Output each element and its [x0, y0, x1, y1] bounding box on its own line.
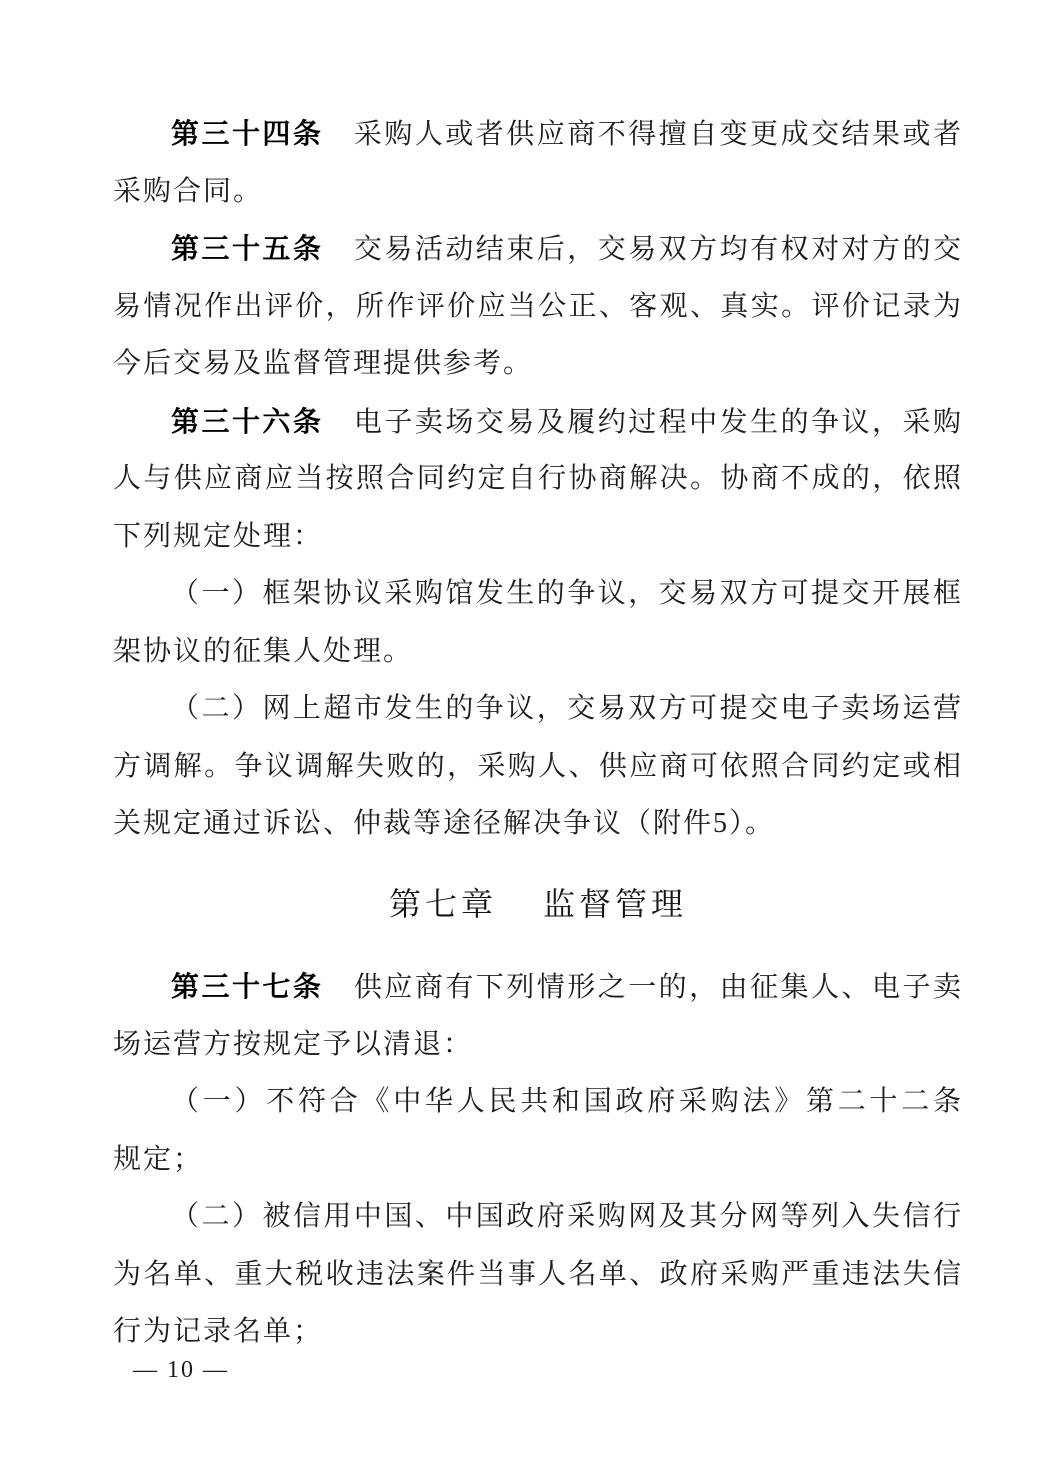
article-35-line: 第三十五条 交易活动结束后，交易双方均有权对对方的交 [113, 220, 963, 278]
article-34-line: 采购合同。 [113, 163, 963, 221]
article-number: 第三十七条 [171, 970, 323, 1003]
line-text: 下列规定处理： [113, 521, 323, 552]
article-37-item-2-line: （二）被信用中国、中国政府采购网及其分网等列入失信行 [113, 1188, 963, 1246]
chapter-label: 第七章 [389, 879, 497, 925]
line-text: 今后交易及监督管理提供参考。 [113, 348, 533, 379]
line-text: 规定； [113, 1144, 203, 1175]
line-text: 电子卖场交易及履约过程中发生的争议，采购 [323, 407, 963, 438]
article-36-item-1-line: （一）框架协议采购馆发生的争议，交易双方可提交开展框 [113, 565, 963, 623]
article-35-line: 易情况作出评价，所作评价应当公正、客观、真实。评价记录为 [113, 278, 963, 336]
article-37-item-1-line: （一）不符合《中华人民共和国政府采购法》第二十二条 [113, 1073, 963, 1131]
line-text: 人与供应商应当按照合同约定自行协商解决。协商不成的，依照 [113, 463, 963, 494]
article-36-item-2-line: 方调解。争议调解失败的，采购人、供应商可依照合同约定或相 [113, 738, 963, 796]
article-36-item-2-line: 关规定通过诉讼、仲裁等途径解决争议（附件5）。 [113, 795, 963, 853]
article-35-line: 今后交易及监督管理提供参考。 [113, 335, 963, 393]
line-text: 为名单、重大税收违法案件当事人名单、政府采购严重违法失信 [113, 1259, 963, 1290]
line-text: 交易活动结束后，交易双方均有权对对方的交 [323, 234, 963, 265]
article-36-item-2-line: （二）网上超市发生的争议，交易双方可提交电子卖场运营 [113, 680, 963, 738]
article-34-line: 第三十四条 采购人或者供应商不得擅自变更成交结果或者 [113, 105, 963, 163]
line-text: 采购合同。 [113, 176, 263, 207]
article-36-item-1-line: 架协议的征集人处理。 [113, 623, 963, 681]
article-number: 第三十四条 [171, 117, 323, 150]
article-37-item-1-line: 规定； [113, 1131, 963, 1189]
line-text: 供应商有下列情形之一的，由征集人、电子卖 [323, 972, 963, 1003]
line-text: 易情况作出评价，所作评价应当公正、客观、真实。评价记录为 [113, 291, 963, 322]
article-36-line: 人与供应商应当按照合同约定自行协商解决。协商不成的，依照 [113, 450, 963, 508]
line-text: （一）不符合《中华人民共和国政府采购法》第二十二条 [171, 1086, 963, 1117]
chapter-title: 监督管理 [543, 879, 687, 925]
line-text: 架协议的征集人处理。 [113, 636, 413, 667]
article-37-item-2-line: 为名单、重大税收违法案件当事人名单、政府采购严重违法失信 [113, 1246, 963, 1304]
document-page: 第三十四条 采购人或者供应商不得擅自变更成交结果或者 采购合同。 第三十五条 交… [0, 0, 1059, 1480]
line-text: 关规定通过诉讼、仲裁等途径解决争议（附件5）。 [113, 808, 775, 839]
document-body: 第三十四条 采购人或者供应商不得擅自变更成交结果或者 采购合同。 第三十五条 交… [113, 105, 963, 1361]
chapter-heading: 第七章 监督管理 [113, 874, 963, 932]
line-text: 场运营方按规定予以清退： [113, 1029, 473, 1060]
line-text: 采购人或者供应商不得擅自变更成交结果或者 [323, 119, 963, 150]
article-36-line: 第三十六条 电子卖场交易及履约过程中发生的争议，采购 [113, 393, 963, 451]
article-36-line: 下列规定处理： [113, 508, 963, 566]
line-text: （一）框架协议采购馆发生的争议，交易双方可提交开展框 [171, 578, 963, 609]
line-text: 方调解。争议调解失败的，采购人、供应商可依照合同约定或相 [113, 751, 963, 782]
article-37-line: 第三十七条 供应商有下列情形之一的，由征集人、电子卖 [113, 958, 963, 1016]
page-number: — 10 — [133, 1356, 229, 1385]
line-text: （二）被信用中国、中国政府采购网及其分网等列入失信行 [171, 1201, 963, 1232]
article-37-line: 场运营方按规定予以清退： [113, 1016, 963, 1074]
article-number: 第三十五条 [171, 232, 323, 265]
line-text: （二）网上超市发生的争议，交易双方可提交电子卖场运营 [171, 693, 963, 724]
line-text: 行为记录名单； [113, 1316, 323, 1347]
article-number: 第三十六条 [171, 405, 323, 438]
article-37-item-2-line: 行为记录名单； [113, 1303, 963, 1361]
